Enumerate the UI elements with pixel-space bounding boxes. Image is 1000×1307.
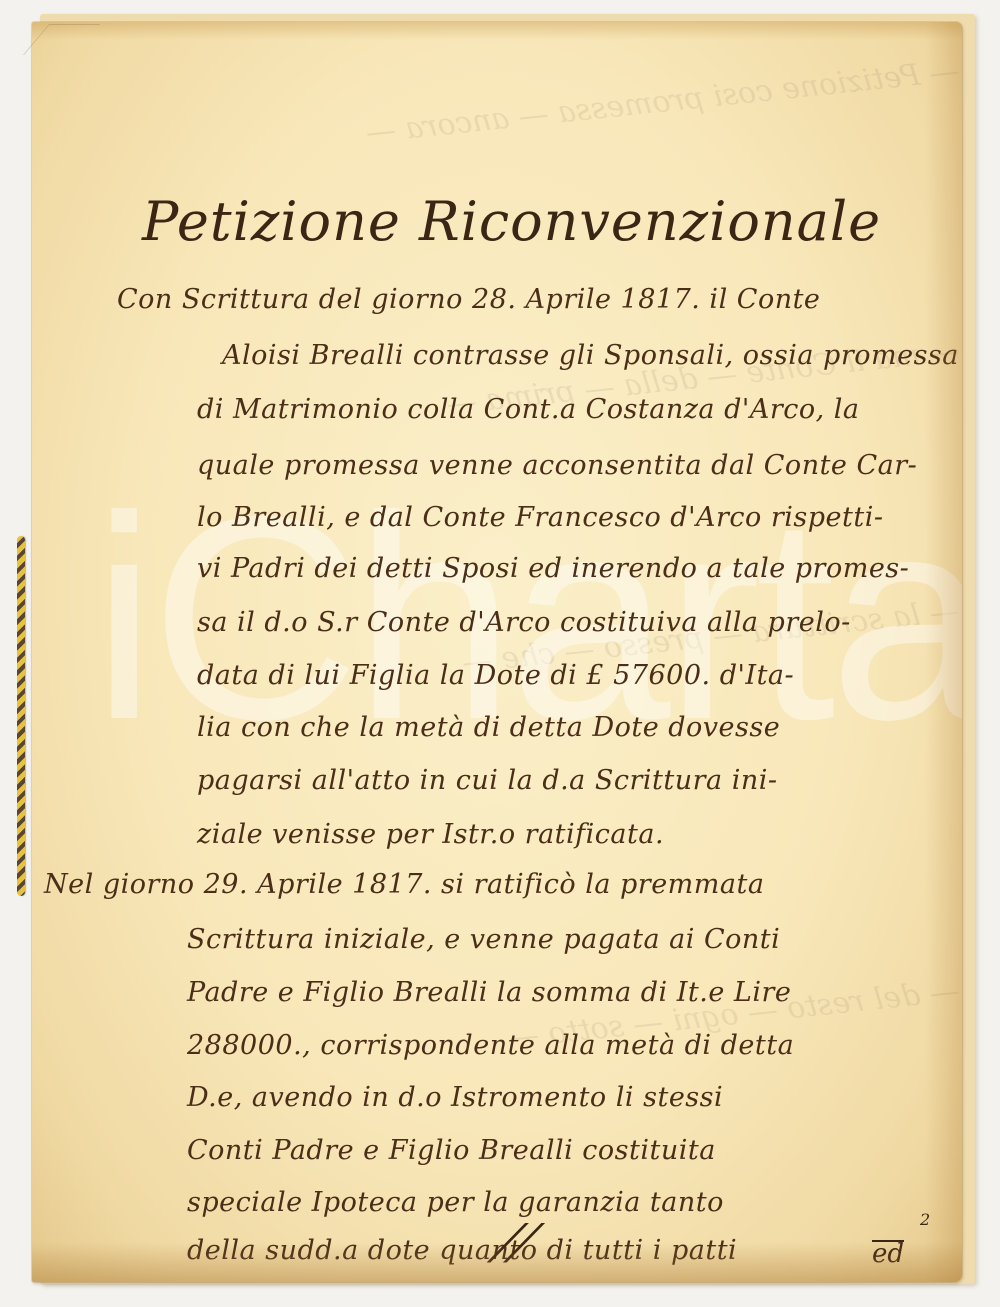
text-line: Scrittura iniziale, e venne pagata ai Co… (187, 924, 780, 955)
text-line: quale promessa venne acconsentita dal Co… (197, 450, 917, 481)
text-line: 288000., corrispondente alla metà di det… (187, 1030, 794, 1061)
text-line: lo Brealli, e dal Conte Francesco d'Arco… (197, 502, 883, 533)
text-line: vi Padri dei detti Sposi ed inerendo a t… (197, 553, 909, 584)
text-line: Aloisi Brealli contrasse gli Sponsali, o… (222, 340, 959, 371)
text-line: pagarsi all'atto in cui la d.a Scrittura… (197, 765, 777, 796)
text-line: lia con che la metà di detta Dote dovess… (197, 712, 780, 743)
text-line: D.e, avendo in d.o Istromento li stessi (187, 1082, 723, 1113)
text-line: Padre e Figlio Brealli la somma di It.e … (187, 977, 791, 1008)
text-line: Con Scrittura del giorno 28. Aprile 1817… (117, 284, 820, 315)
text-line: data di lui Figlia la Dote di £ 57600. d… (197, 660, 794, 691)
binding-cord (17, 536, 25, 896)
text-line: sa il d.o S.r Conte d'Arco costituiva al… (197, 607, 851, 638)
document-title: Petizione Riconvenzionale (142, 190, 881, 253)
bleed-through-text: — Petizione cosi promessa — ancora — (33, 53, 962, 185)
text-line: di Matrimonio colla Cont.a Costanza d'Ar… (197, 394, 860, 425)
catchword: ed (872, 1240, 904, 1266)
text-line: speciale Ipoteca per la garanzia tanto (187, 1187, 724, 1218)
text-line: della sudd.a dote quanto di tutti i patt… (187, 1235, 737, 1266)
corner-superscript: 2 (920, 1210, 930, 1229)
text-line: Nel giorno 29. Aprile 1817. si ratificò … (44, 869, 764, 900)
text-line: ziale venisse per Istr.o ratificata. (197, 819, 664, 850)
manuscript-page: — Petizione cosi promessa — ancora — — m… (32, 22, 962, 1282)
text-line: Conti Padre e Figlio Brealli costituita (187, 1135, 716, 1166)
